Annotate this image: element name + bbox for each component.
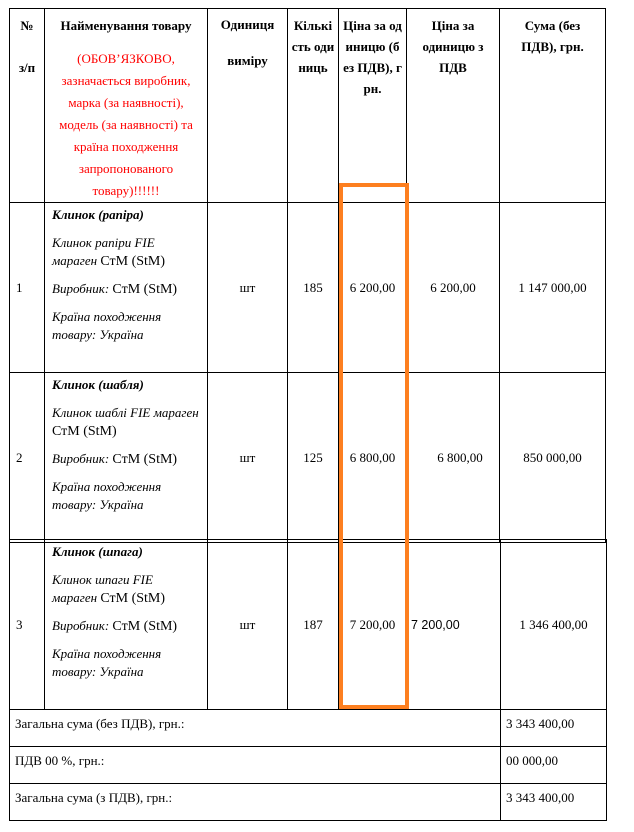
row-title: Клинок (шпага) (52, 543, 201, 561)
row-maker: Виробник: СтМ (StM) (52, 617, 201, 636)
table-row: 2 Клинок (шабля) Клинок шаблі FIE марaге… (10, 373, 606, 543)
header-sum-label: Сума (без ПДВ), грн. (521, 18, 583, 54)
row-origin: Країна походження товару: Україна (52, 478, 201, 514)
row-title: Клинок (рапіра) (52, 206, 201, 224)
row-num: 3 (10, 540, 45, 710)
row-num: 2 (10, 373, 45, 543)
row-price-vat: 6 200,00 (407, 203, 500, 373)
row-desc: Клинок рапіри FIE марaген СтМ (StM) (52, 234, 201, 271)
vat-label: ПДВ 00 %, грн.: (10, 747, 501, 784)
header-num-label: № (20, 18, 33, 33)
row-name: Клинок (рапіра) Клинок рапіри FIE марaге… (45, 203, 208, 373)
total-with-vat-label: Загальна сума (з ПДВ), грн.: (10, 784, 501, 821)
row-sum: 850 000,00 (500, 373, 606, 543)
total-row-novat: Загальна сума (без ПДВ), грн.: 3 343 400… (10, 710, 607, 747)
header-price-novat-label: Ціна за одиницю (без ПДВ), грн. (343, 18, 402, 96)
header-price-novat: Ціна за одиницю (без ПДВ), грн. (339, 9, 407, 203)
row-maker: Виробник: СтМ (StM) (52, 280, 201, 299)
total-novat-value: 3 343 400,00 (501, 710, 607, 747)
row-name: Клинок (шпага) Клинок шпаги FIE марaген … (45, 540, 208, 710)
row-unit: шт (208, 203, 288, 373)
row-qty: 185 (288, 203, 339, 373)
row-price-novat: 6 800,00 (339, 373, 407, 543)
row-desc: Клинок шаблі FIE марaген СтМ (StM) (52, 404, 201, 441)
row-brand: СтМ (StM) (52, 424, 117, 439)
row-origin: Країна походження товару: Україна (52, 308, 201, 344)
row-origin: Країна походження товару: Україна (52, 645, 201, 681)
header-num: № з/п (10, 9, 45, 203)
header-unit-label: Одиниця виміру (212, 7, 283, 79)
row-price-vat: 6 800,00 (407, 373, 500, 543)
header-qty-label: Кількість одиниць (292, 18, 334, 75)
price-table-part-2: 3 Клинок (шпага) Клинок шпаги FIE марaге… (9, 539, 607, 821)
table-row: 1 Клинок (рапіра) Клинок рапіри FIE марa… (10, 203, 606, 373)
header-price-vat-label: Ціна за одиницю з ПДВ (422, 18, 483, 75)
header-unit: Одиниця виміру (208, 9, 288, 203)
row-name: Клинок (шабля) Клинок шаблі FIE марaген … (45, 373, 208, 543)
total-with-vat-value: 3 343 400,00 (501, 784, 607, 821)
vat-value: 00 000,00 (501, 747, 607, 784)
row-unit: шт (208, 373, 288, 543)
row-qty: 187 (288, 540, 339, 710)
total-row-with-vat: Загальна сума (з ПДВ), грн.: 3 343 400,0… (10, 784, 607, 821)
row-sum: 1 346 400,00 (501, 540, 607, 710)
row-brand: СтМ (StM) (100, 254, 165, 269)
row-price-vat: 7 200,00 (407, 540, 501, 710)
header-name: Найменування товару (ОБОВ’ЯЗКОВО, зазнач… (45, 9, 208, 203)
header-price-vat: Ціна за одиницю з ПДВ (407, 9, 500, 203)
header-sum: Сума (без ПДВ), грн. (500, 9, 606, 203)
row-brand: СтМ (StM) (100, 591, 165, 606)
header-row: № з/п Найменування товару (ОБОВ’ЯЗКОВО, … (10, 9, 606, 203)
total-novat-label: Загальна сума (без ПДВ), грн.: (10, 710, 501, 747)
row-qty: 125 (288, 373, 339, 543)
header-num-sub: з/п (19, 60, 35, 75)
row-unit: шт (208, 540, 288, 710)
row-sum: 1 147 000,00 (500, 203, 606, 373)
price-table-part-1: № з/п Найменування товару (ОБОВ’ЯЗКОВО, … (9, 8, 606, 543)
header-qty: Кількість одиниць (288, 9, 339, 203)
row-title: Клинок (шабля) (52, 376, 201, 394)
row-price-novat: 6 200,00 (339, 203, 407, 373)
total-row-vat: ПДВ 00 %, грн.: 00 000,00 (10, 747, 607, 784)
header-name-label: Найменування товару (61, 18, 192, 33)
header-name-note: (ОБОВ’ЯЗКОВО, зазначається виробник, мар… (45, 48, 207, 202)
row-num: 1 (10, 203, 45, 373)
row-desc: Клинок шпаги FIE марaген СтМ (StM) (52, 571, 201, 608)
row-maker: Виробник: СтМ (StM) (52, 450, 201, 469)
row-price-novat: 7 200,00 (339, 540, 407, 710)
table-row: 3 Клинок (шпага) Клинок шпаги FIE марaге… (10, 540, 607, 710)
